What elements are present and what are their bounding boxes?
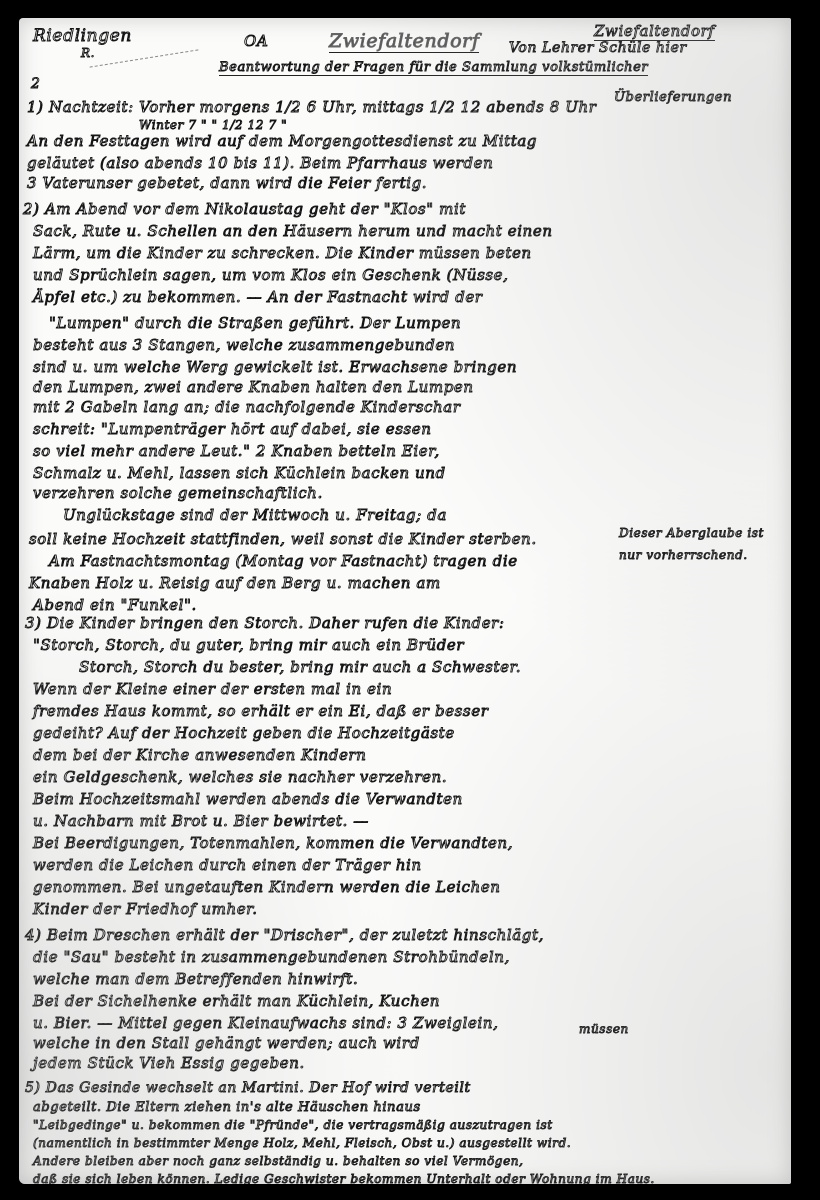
margin-note: müssen	[579, 1022, 629, 1036]
body-line: Knaben Holz u. Reisig auf den Berg u. ma…	[29, 574, 441, 592]
body-line: 4) Beim Dreschen erhält der "Drischer", …	[25, 926, 544, 944]
body-line: daß sie sich leben können. Ledige Geschw…	[33, 1172, 655, 1184]
body-line: 5) Das Gesinde wechselt an Martini. Der …	[25, 1080, 471, 1096]
body-line: Unglückstage sind der Mittwoch u. Freita…	[63, 506, 447, 524]
body-line: Lärm, um die Kinder zu schrecken. Die Ki…	[33, 244, 532, 262]
author-line: Von Lehrer Schüle hier	[509, 40, 687, 56]
body-line: u. Bier. — Mittel gegen Kleinaufwachs si…	[33, 1014, 499, 1032]
body-line: "Storch, Storch, du guter, bring mir auc…	[33, 636, 464, 654]
body-line: Bei der Sichelhenke erhält man Küchlein,…	[33, 992, 440, 1010]
body-line: Schmalz u. Mehl, lassen sich Küchlein ba…	[33, 464, 446, 482]
manuscript-sheet: Riedlingen R. OA Zwiefaltendorf Von Lehr…	[19, 18, 791, 1184]
body-line: u. Nachbarn mit Brot u. Bier bewirtet. —	[33, 812, 369, 830]
body-line: geläutet (also abends 10 bis 11). Beim P…	[27, 154, 493, 172]
body-line: dem bei der Kirche anwesenden Kindern	[33, 746, 366, 764]
body-line: besteht aus 3 Stangen, welche zusammenge…	[33, 336, 455, 354]
body-line: "Lumpen" durch die Straßen geführt. Der …	[49, 314, 461, 332]
title-line: Beantwortung der Fragen für die Sammlung…	[219, 60, 648, 76]
body-line: jedem Stück Vieh Essig gegeben.	[33, 1054, 305, 1072]
village-right: Zwiefaltendorf	[594, 22, 715, 41]
body-line: Kinder der Friedhof umher.	[33, 900, 258, 918]
body-line: Beim Hochzeitsmahl werden abends die Ver…	[33, 790, 463, 808]
body-line: Bei Beerdigungen, Totenmahlen, kommen di…	[33, 834, 513, 852]
header-dash-line	[90, 49, 199, 67]
body-line: Am Fastnachtsmontag (Montag vor Fastnach…	[49, 552, 518, 570]
body-line: 3) Die Kinder bringen den Storch. Daher …	[25, 614, 505, 632]
body-line: An den Festtagen wird auf dem Morgengott…	[27, 132, 537, 150]
page-number: 2	[31, 76, 41, 92]
body-line: Andere bleiben aber noch ganz selbständi…	[33, 1154, 524, 1168]
body-line: "Leibgedinge" u. bekommen die "Pfründe",…	[33, 1118, 553, 1132]
body-line: sind u. um welche Werg gewickelt ist. Er…	[33, 358, 517, 376]
body-line: soll keine Hochzeit stattfinden, weil so…	[29, 530, 537, 548]
body-line: gedeiht? Auf der Hochzeit geben die Hoch…	[33, 724, 455, 742]
body-line: ein Geldgeschenk, welches sie nachher ve…	[33, 768, 447, 786]
body-line: so viel mehr andere Leut." 2 Knaben bett…	[33, 442, 440, 460]
body-line: und Sprüchlein sagen, um vom Klos ein Ge…	[33, 266, 509, 284]
body-line: welche man dem Betreffenden hinwirft.	[33, 970, 358, 988]
body-line: (namentlich in bestimmter Menge Holz, Me…	[33, 1136, 571, 1150]
body-line: 1) Nachtzeit: Vorher morgens 1/2 6 Uhr, …	[27, 98, 596, 116]
margin-note: nur vorherrschend.	[619, 548, 748, 562]
body-line: Äpfel etc.) zu bekommen. — An der Fastna…	[33, 288, 483, 306]
body-line: abgeteilt. Die Eltern ziehen in's alte H…	[33, 1100, 421, 1115]
body-line: Abend ein "Funkel".	[33, 596, 197, 614]
body-line: Winter 7 " " 1/2 12 7 "	[139, 118, 287, 132]
body-line: den Lumpen, zwei andere Knaben halten de…	[33, 378, 474, 396]
body-line: mit 2 Gabeln lang an; die nachfolgende K…	[33, 398, 461, 416]
body-line: die "Sau" besteht in zusammengebundenen …	[33, 948, 510, 966]
body-line: schreit: "Lumpenträger hört auf dabei, s…	[33, 420, 432, 438]
body-line: 2) Am Abend vor dem Nikolaustag geht der…	[23, 200, 466, 218]
body-line: genommen. Bei ungetauften Kindern werden…	[33, 878, 501, 896]
body-line: verzehren solche gemeinschaftlich.	[33, 484, 323, 502]
body-line: 3 Vaterunser gebetet, dann wird die Feie…	[27, 174, 427, 192]
body-line: fremdes Haus kommt, so erhält er ein Ei,…	[33, 702, 488, 720]
district-label: Riedlingen	[33, 26, 132, 46]
village-heading: Zwiefaltendorf	[329, 30, 479, 53]
body-line: werden die Leichen durch einen der Träge…	[33, 856, 422, 874]
body-line: welche in den Stall gehängt werden; auch…	[33, 1034, 420, 1052]
oa-prefix: OA	[244, 32, 268, 50]
margin-note: Dieser Aberglaube ist	[619, 526, 764, 540]
body-line: Sack, Rute u. Schellen an den Häusern he…	[33, 222, 553, 240]
body-line: Storch, Storch du bester, bring mir auch…	[79, 658, 521, 676]
title-line-2: Überlieferungen	[614, 90, 732, 105]
body-line: Wenn der Kleine einer der ersten mal in …	[33, 680, 392, 698]
district-sub-label: R.	[81, 46, 95, 60]
